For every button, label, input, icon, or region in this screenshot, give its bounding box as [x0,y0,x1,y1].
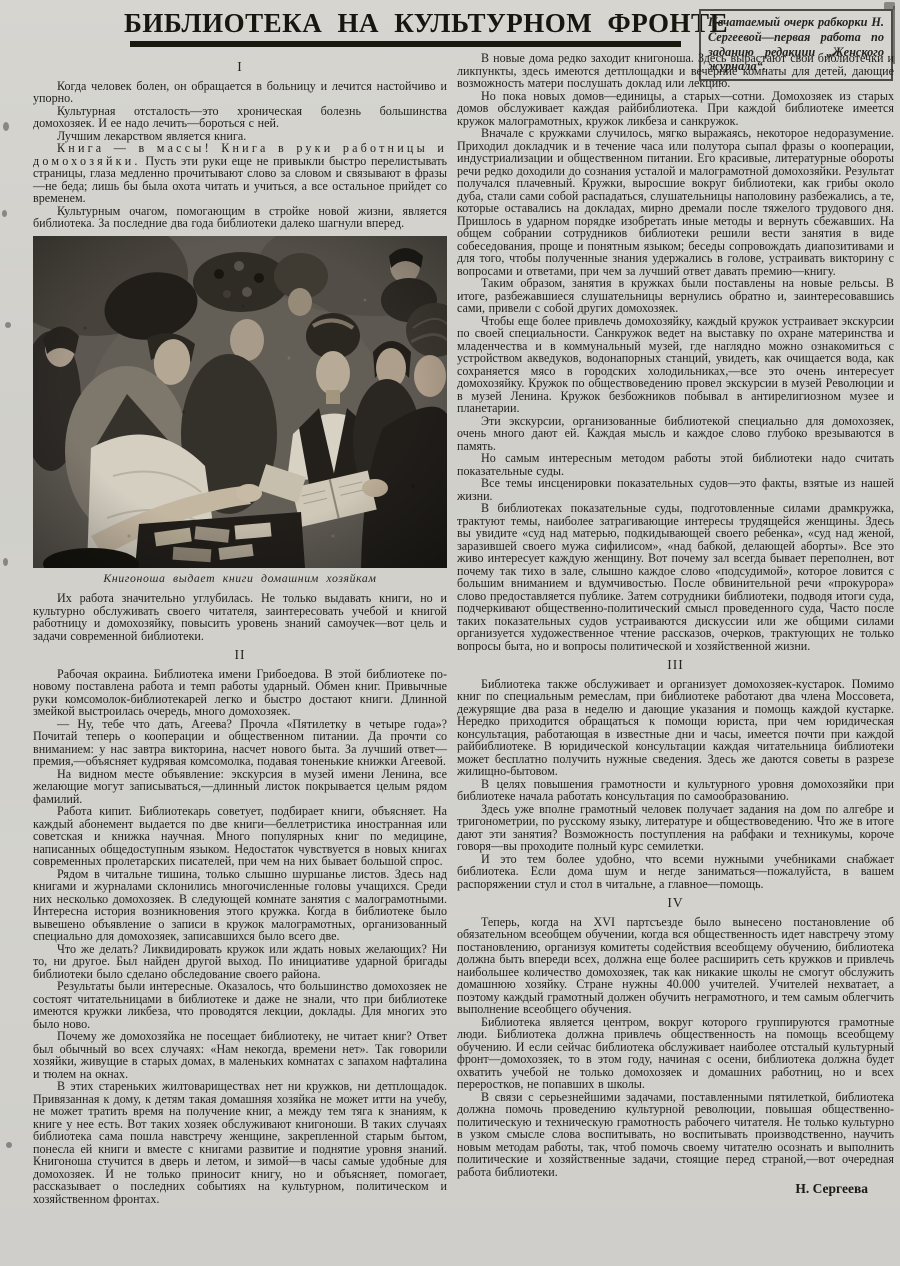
paragraph: Библиотека также обслуживает и организуе… [457,678,894,778]
paragraph: Таким образом, занятия в кружках были по… [457,277,894,315]
paragraph: И это тем более удобно, что всеми нужным… [457,853,894,891]
scan-speck [2,210,7,217]
section-heading-1: I [33,61,447,74]
paragraph: Но пока новых домов—единицы, а старых—со… [457,90,894,128]
paragraph: Культурная отсталость—это хроническая бо… [33,105,447,130]
paragraph: Рабочая окраина. Библиотека имени Грибое… [33,668,447,718]
paragraph: Эти экскурсии, организованные библиотеко… [457,415,894,453]
paragraph: Чтобы еще более привлечь домохозяйку, ка… [457,315,894,415]
paragraph: Вначале с кружками случилось, мягко выра… [457,127,894,277]
paragraph: В целях повышения грамотности и культурн… [457,778,894,803]
paragraph: На видном месте объявление: экскурсия в … [33,768,447,806]
paragraph: Все темы инсценировки показательных судо… [457,477,894,502]
paragraph: Книга — в массы! Книга в руки работницы … [33,142,447,205]
photo-svg [33,236,447,568]
paragraph: Работа кипит. Библиотекарь советует, под… [33,805,447,868]
paragraph: Но самым интересным методом работы этой … [457,452,894,477]
paragraph: Результаты были интересные. Оказалось, ч… [33,980,447,1030]
paragraph: Когда человек болен, он обращается в бол… [33,80,447,105]
paragraph: В библиотеках показательные суды, подгот… [457,502,894,652]
section-heading-4: IV [457,897,894,910]
scan-speck [6,1142,12,1148]
photo-illustration [33,236,447,568]
paragraph: Культурным очагом, помогающим в стройке … [33,205,447,230]
title-underline-rule [130,41,681,47]
article-title: БИБЛИОТЕКА НА КУЛЬТУРНОМ ФРОНТЕ [124,8,684,39]
paragraph: В новые дома редко заходит книгоноша. Зд… [457,52,894,90]
paragraph: Библиотека является центром, вокруг кото… [457,1016,894,1091]
paragraph: Рядом в читальне тишина, только слышно ш… [33,868,447,943]
scan-speck [3,122,9,131]
scan-speck [5,322,11,328]
scan-speck [3,558,8,566]
paragraph: В связи с серьезнейшими задачами, постав… [457,1091,894,1179]
paragraph: Что же делать? Ликвидировать кружок или … [33,943,447,981]
photo-caption: Книгоноша выдает книги домашним хозяйкам [33,572,447,585]
section-heading-3: III [457,659,894,672]
paragraph: Почему же домохозяйка не посещает библио… [33,1030,447,1080]
paragraph: В этих стареньких жилтовариществах нет н… [33,1080,447,1205]
left-column: I Когда человек болен, он обращается в б… [33,54,447,1266]
section-heading-2: II [33,649,447,662]
right-column: В новые дома редко заходит книгоноша. Зд… [457,52,894,1266]
paragraph: Теперь, когда на XVI партсъезде было вын… [457,916,894,1016]
byline: Н. Сергеева [457,1183,868,1196]
scanned-article-page: БИБЛИОТЕКА НА КУЛЬТУРНОМ ФРОНТЕ Печатаем… [0,0,900,1266]
paragraph: Здесь уже вполне грамотный человек получ… [457,803,894,853]
scan-edge-line [893,6,895,64]
paragraph: Их работа значительно углубилась. Не тол… [33,592,447,642]
paragraph: — Ну, тебе что дать, Агеева? Прочла «Пят… [33,718,447,768]
